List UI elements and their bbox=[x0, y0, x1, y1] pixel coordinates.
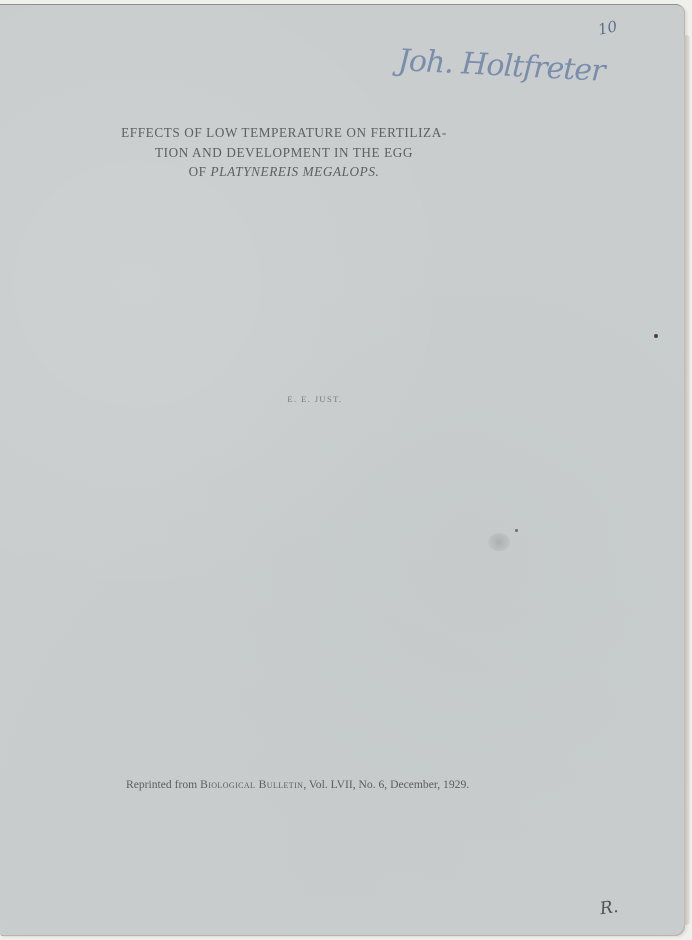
species-name: PLATYNEREIS MEGALOPS. bbox=[211, 164, 380, 179]
reprint-prefix: Reprinted from bbox=[126, 778, 200, 791]
document-title: EFFECTS OF LOW TEMPERATURE ON FERTILIZA-… bbox=[100, 123, 468, 182]
paper-speck bbox=[515, 529, 518, 532]
handwritten-page-number: 10 bbox=[596, 17, 618, 39]
title-line-3: OF PLATYNEREIS MEGALOPS. bbox=[100, 162, 468, 182]
author-name: E. E. JUST. bbox=[270, 394, 360, 404]
reprint-cover-page: 10 Joh. Holtfreter EFFECTS OF LOW TEMPER… bbox=[0, 4, 684, 935]
paper-speck bbox=[654, 334, 658, 338]
paper-smudge bbox=[488, 533, 510, 551]
handwritten-corner-mark: R. bbox=[599, 897, 620, 919]
reprint-suffix: , Vol. LVII, No. 6, December, 1929. bbox=[303, 778, 469, 791]
title-line-2: TION AND DEVELOPMENT IN THE EGG bbox=[100, 143, 468, 163]
title-line-3-prefix: OF bbox=[189, 164, 211, 179]
handwritten-signature: Joh. Holtfreter bbox=[397, 43, 605, 89]
journal-name: Biological Bulletin bbox=[200, 778, 303, 791]
reprint-citation: Reprinted from Biological Bulletin, Vol.… bbox=[126, 778, 496, 791]
title-line-1: EFFECTS OF LOW TEMPERATURE ON FERTILIZA- bbox=[100, 123, 468, 143]
